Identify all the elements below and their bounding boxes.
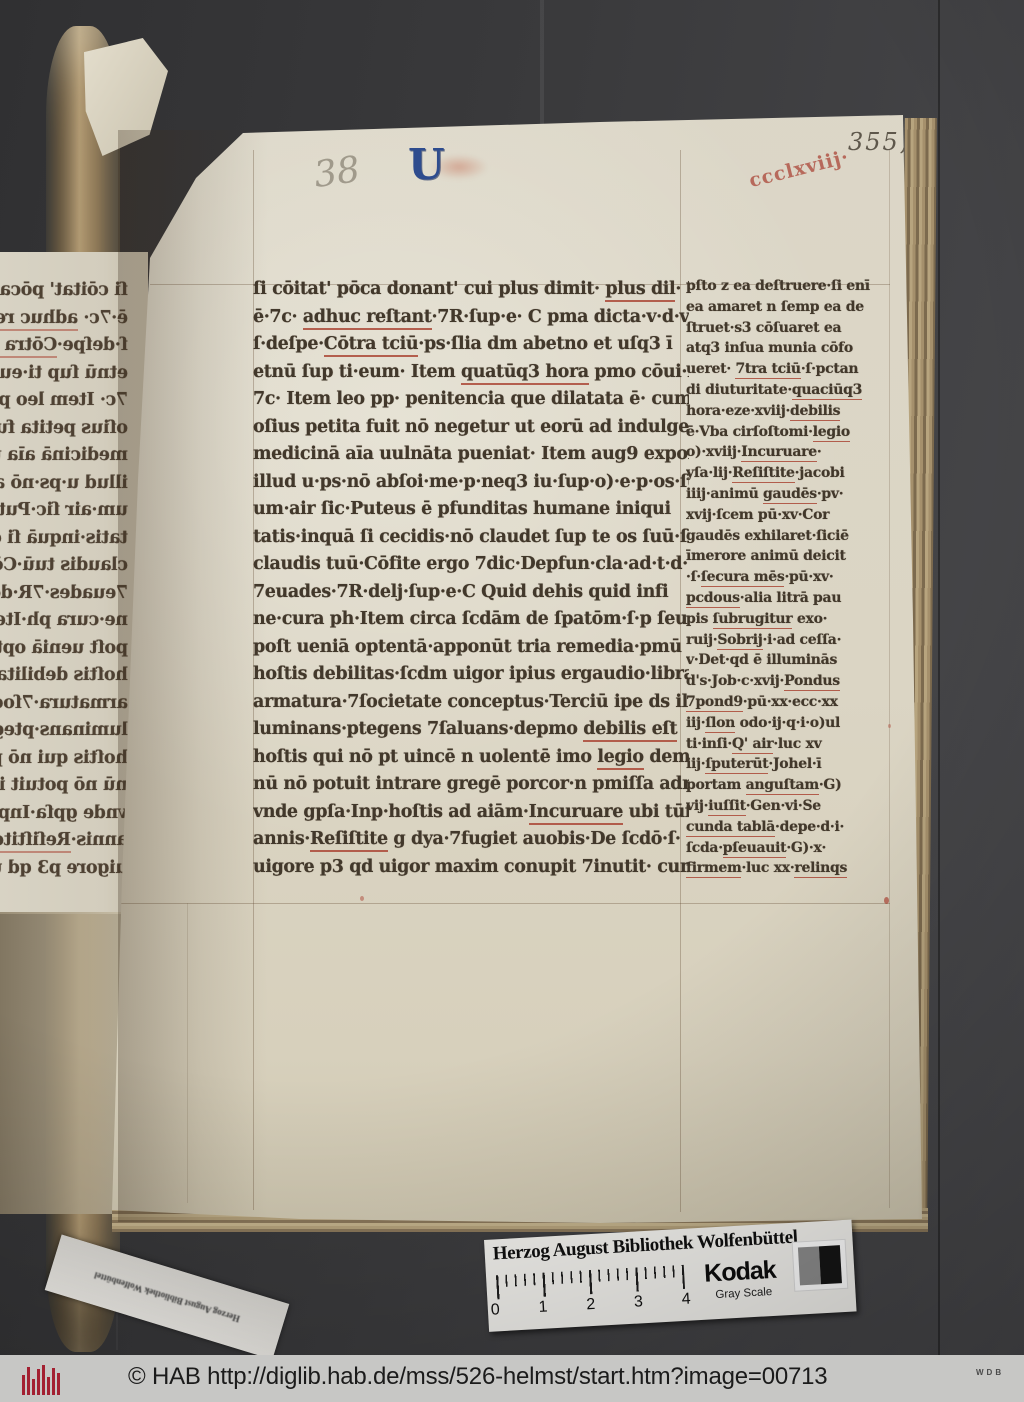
photo-area: ſi cōitat' pōca donant' cui plus dimit· … [0,0,1024,1355]
copyright-url-text: © HAB http://diglib.hab.de/mss/526-helms… [128,1363,827,1391]
digitized-manuscript-scan: ſi cōitat' pōca donant' cui plus dimit· … [0,0,1024,1402]
wdb-watermark: WDB [976,1368,1004,1377]
hab-logo-icon [22,1365,66,1395]
photo-vignette [0,0,1024,1355]
caption-bar: © HAB http://diglib.hab.de/mss/526-helms… [0,1355,1024,1402]
